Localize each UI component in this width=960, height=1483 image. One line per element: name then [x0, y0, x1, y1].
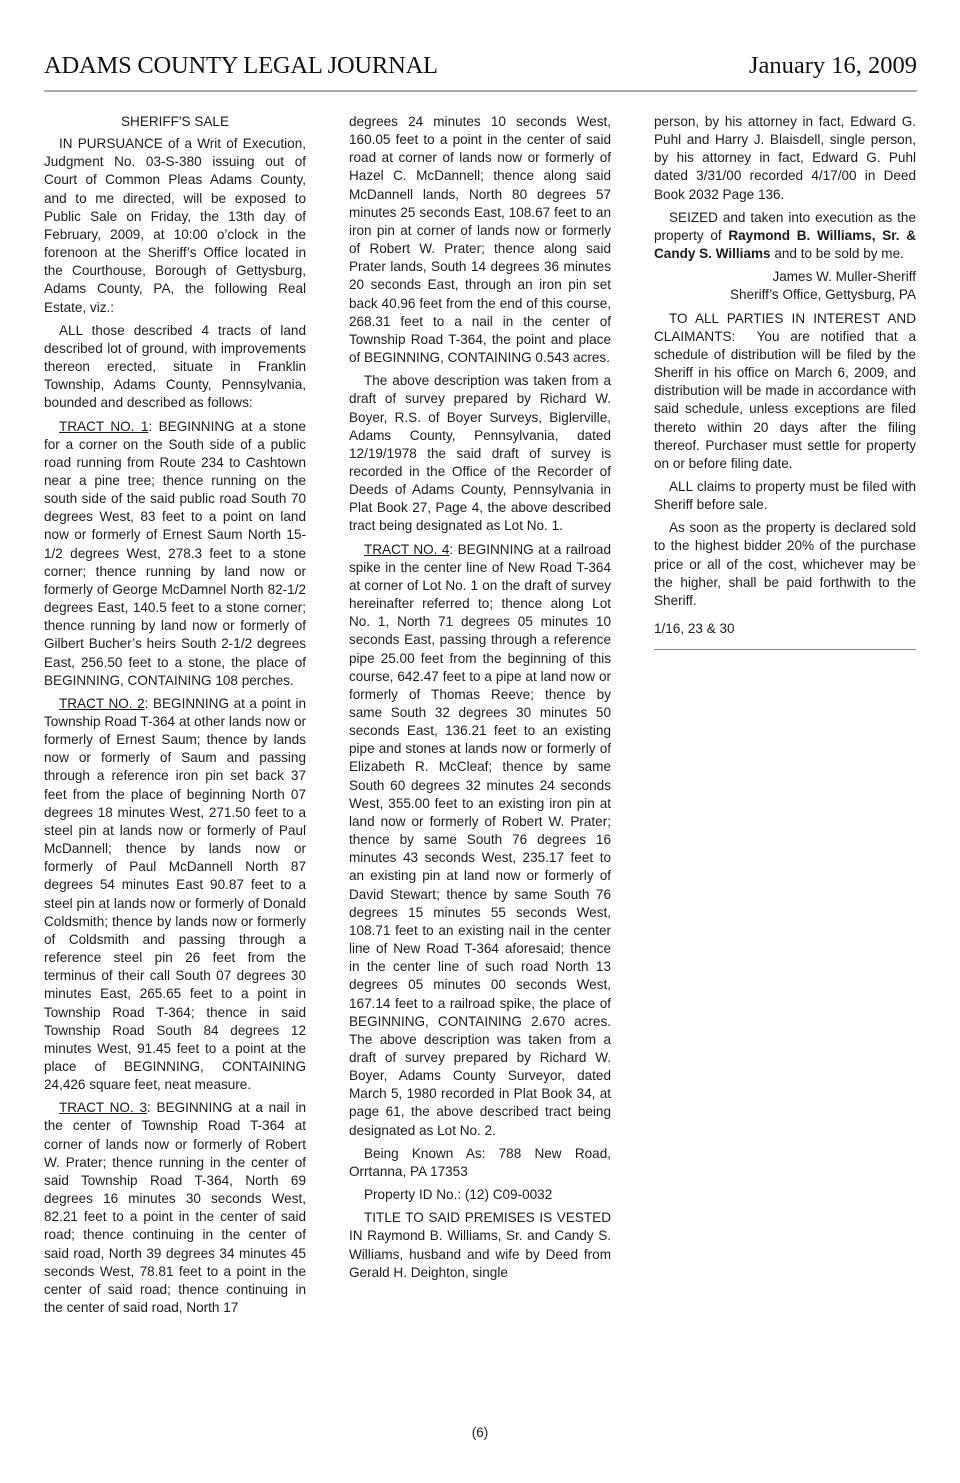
- page-number: (6): [0, 1425, 960, 1440]
- tract-3-text: : BEGINNING at a nail in the center of T…: [44, 1100, 306, 1315]
- property-id-paragraph: Property ID No.: (12) C09-0032: [349, 1186, 611, 1204]
- column-2: degrees 24 minutes 10 seconds West, 160.…: [349, 113, 611, 1287]
- signature-name: James W. Muller-Sheriff: [654, 268, 916, 286]
- tract-3-label: TRACT NO. 3: [59, 1100, 147, 1115]
- seized-suffix: and to be sold by me.: [771, 246, 904, 261]
- notice-end-divider: [654, 649, 916, 650]
- known-as-paragraph: Being Known As: 788 New Road, Orrtanna, …: [349, 1145, 611, 1181]
- column-3: person, by his attorney in fact, Edward …: [654, 113, 916, 650]
- tract-4-label: TRACT NO. 4: [364, 542, 449, 557]
- tract-2-text: : BEGINNING at a point in Township Road …: [44, 696, 306, 1092]
- tract-1-paragraph: TRACT NO. 1: BEGINNING at a stone for a …: [44, 418, 306, 690]
- masthead: ADAMS COUNTY LEGAL JOURNAL January 16, 2…: [44, 52, 917, 82]
- tract-4-text: : BEGINNING at a rail­road spike in the …: [349, 542, 611, 1138]
- tract-1-label: TRACT NO. 1: [59, 419, 148, 434]
- all-tracts-paragraph: ALL those described 4 tracts of land des…: [44, 322, 306, 413]
- notice-heading: SHERIFF'S SALE: [44, 113, 306, 131]
- tract-2-paragraph: TRACT NO. 2: BEGINNING at a point in Tow…: [44, 695, 306, 1094]
- title-vested-continued: person, by his attorney in fact, Edward …: [654, 113, 916, 204]
- signature-office: Sheriff’s Office, Gettysburg, PA: [654, 286, 916, 304]
- survey-note-paragraph: The above description was taken from a d…: [349, 372, 611, 535]
- publication-title: ADAMS COUNTY LEGAL JOURNAL: [44, 52, 438, 80]
- tract-1-text: : BEGINNING at a stone for a corner on t…: [44, 419, 306, 688]
- intro-paragraph: IN PURSUANCE of a Writ of Execu­tion, Ju…: [44, 135, 306, 317]
- claims-notice-paragraph: ALL claims to property must be filed wit…: [654, 478, 916, 514]
- issue-date: January 16, 2009: [749, 52, 917, 80]
- seized-paragraph: SEIZED and taken into execution as the p…: [654, 209, 916, 263]
- tract-3-paragraph: TRACT NO. 3: BEGINNING at a nail in the …: [44, 1099, 306, 1317]
- run-dates: 1/16, 23 & 30: [654, 620, 916, 638]
- parties-notice-paragraph: TO ALL PARTIES IN INTEREST AND CLAIMANTS…: [654, 310, 916, 473]
- tract-4-paragraph: TRACT NO. 4: BEGINNING at a rail­road sp…: [349, 541, 611, 1140]
- title-vested-paragraph: TITLE TO SAID PREMISES IS VEST­ED IN Ray…: [349, 1209, 611, 1282]
- header-divider: [44, 90, 917, 92]
- tract-3-continued: degrees 24 minutes 10 seconds West, 160.…: [349, 113, 611, 367]
- column-1: SHERIFF'S SALE IN PURSUANCE of a Writ of…: [44, 113, 306, 1322]
- tract-2-label: TRACT NO. 2: [59, 696, 145, 711]
- payment-notice-paragraph: As soon as the property is declared sold…: [654, 519, 916, 610]
